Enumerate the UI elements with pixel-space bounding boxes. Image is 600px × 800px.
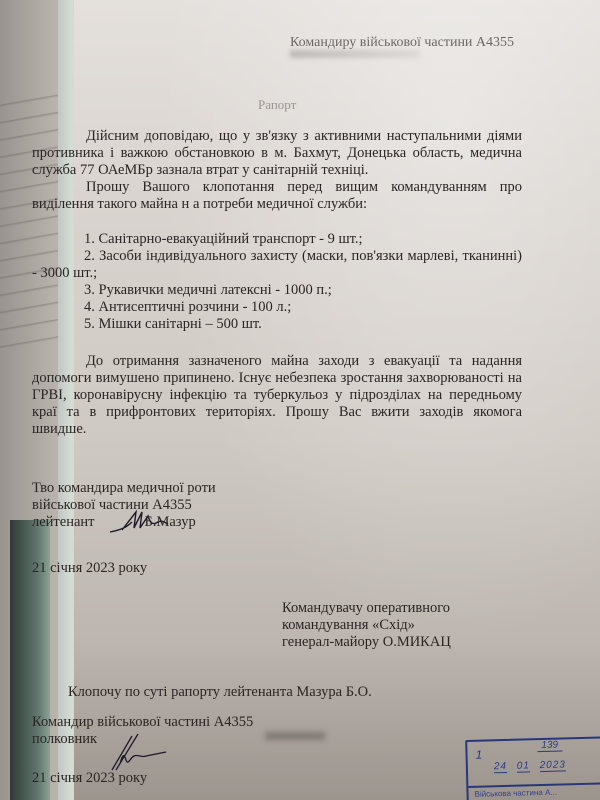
stamp-day: 24 xyxy=(494,761,507,773)
item-number: 3. xyxy=(84,282,95,298)
addressee-line: Командувачу оперативного xyxy=(282,600,451,617)
stamp-year: 2023 xyxy=(540,759,567,772)
paragraph-request: Прошу Вашого клопотання перед вищим кома… xyxy=(32,179,522,213)
stamp-number: 139 xyxy=(537,740,562,753)
list-item: 5. Мішки санітарні – 500 шт. xyxy=(32,316,522,333)
paragraph-report: Дійсним доповідаю, що у зв'язку з активн… xyxy=(32,128,522,179)
list-item: 1. Санітарно-евакуаційний транспорт - 9 … xyxy=(32,231,522,248)
item-text: Мішки санітарні – 500 шт. xyxy=(99,316,262,332)
list-item: 2. Засоби індивідуального захисту (маски… xyxy=(32,248,522,282)
stamp-footer: Військова частина А... xyxy=(468,782,600,800)
blurred-addressee-line xyxy=(290,50,420,58)
addressee-line: командування «Схід» xyxy=(282,617,451,634)
stamp-month: 01 xyxy=(517,760,530,772)
item-number: 1. xyxy=(84,231,95,247)
item-number: 2. xyxy=(84,248,95,264)
commander-position: Командир військової частині А4355 xyxy=(32,714,253,731)
petition-line: Клопочу по суті рапорту лейтенанта Мазур… xyxy=(68,684,372,701)
stamp-date: 24 01 2023 xyxy=(494,759,572,772)
item-number: 5. xyxy=(84,316,95,332)
addressee-top: Командиру військової частини А4355 xyxy=(290,34,514,51)
document-title: Рапорт xyxy=(258,96,296,113)
paragraph-consequences: До отримання зазначеного майна заходи з … xyxy=(32,353,522,438)
signer-position: Тво командира медичної роти xyxy=(32,480,292,497)
addressee-block: Командувачу оперативного командування «С… xyxy=(282,600,451,651)
stamp-index: 1 xyxy=(475,748,482,762)
document-body: Дійсним доповідаю, що у зв'язку з активн… xyxy=(32,128,522,438)
list-item: 4. Антисептичні розчини - 100 л.; xyxy=(32,299,522,316)
list-item: 3. Рукавички медичні латексні - 1000 п.; xyxy=(32,282,522,299)
item-text: Антисептичні розчини - 100 л.; xyxy=(99,299,292,315)
supply-list: 1. Санітарно-евакуаційний транспорт - 9 … xyxy=(32,231,522,333)
handwritten-signature-icon xyxy=(108,508,172,536)
item-number: 4. xyxy=(84,299,95,315)
redacted-name xyxy=(265,732,325,740)
item-text: Санітарно-евакуаційний транспорт - 9 шт.… xyxy=(99,231,363,247)
handwritten-signature-icon xyxy=(108,730,170,774)
addressee-line: генерал-майору О.МИКАЦ xyxy=(282,634,451,651)
report-date: 21 січня 2023 року xyxy=(32,560,147,577)
registration-stamp: 1 139 24 01 2023 р. Військова частина А.… xyxy=(465,736,600,800)
item-text: Засоби індивідуального захисту (маски, п… xyxy=(32,248,522,281)
item-text: Рукавички медичні латексні - 1000 п.; xyxy=(99,282,332,298)
signer-rank: лейтенант xyxy=(32,514,95,531)
